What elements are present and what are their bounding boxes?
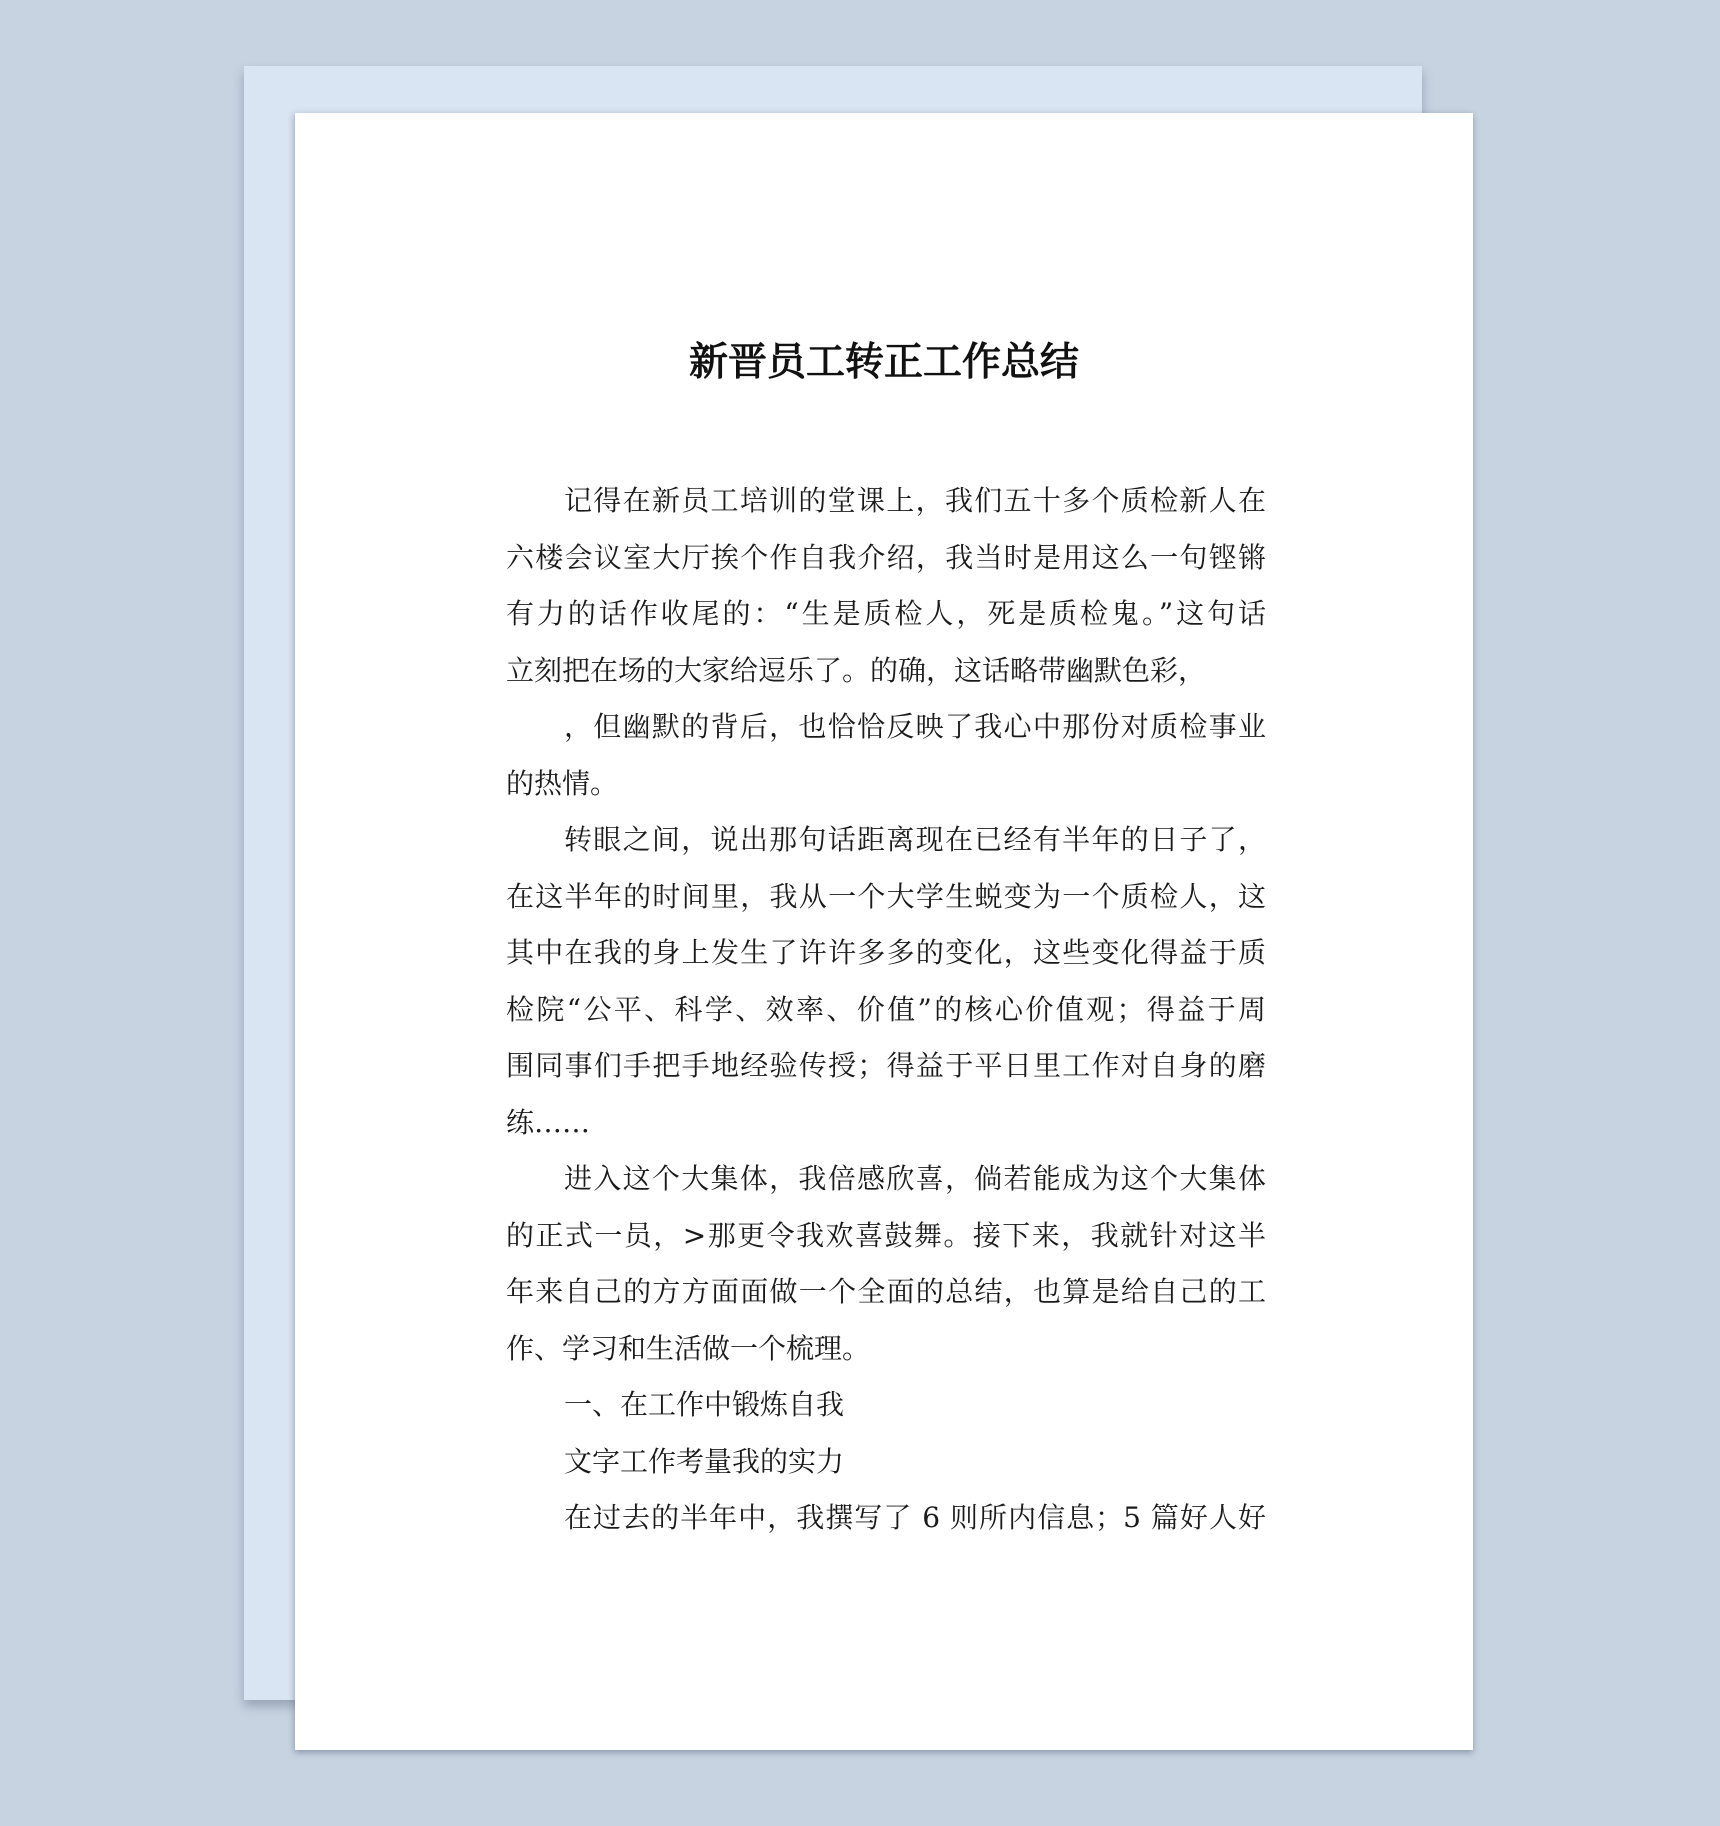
body-line: 有力的话作收尾的：“生是质检人，死是质检鬼。”这句话 <box>506 586 1266 643</box>
body-line: 作、学习和生活做一个梳理。 <box>506 1321 1266 1378</box>
body-line: ，但幽默的背后，也恰恰反映了我心中那份对质检事业 <box>506 699 1266 756</box>
body-line: 检院“公平、科学、效率、价值”的核心价值观；得益于周 <box>506 982 1266 1039</box>
document-title: 新晋员工转正工作总结 <box>295 338 1473 388</box>
body-line: 立刻把在场的大家给逗乐了。的确，这话略带幽默色彩， <box>506 643 1266 700</box>
document-body: 记得在新员工培训的堂课上，我们五十多个质检新人在 六楼会议室大厅挨个作自我介绍，… <box>506 473 1266 1547</box>
section-heading: 一、在工作中锻炼自我 <box>506 1377 1266 1434</box>
body-line: 记得在新员工培训的堂课上，我们五十多个质检新人在 <box>506 473 1266 530</box>
subsection-heading: 文字工作考量我的实力 <box>506 1434 1266 1491</box>
body-line: 在这半年的时间里，我从一个大学生蜕变为一个质检人，这 <box>506 869 1266 926</box>
body-line: 转眼之间，说出那句话距离现在已经有半年的日子了， <box>506 812 1266 869</box>
body-line: 练…… <box>506 1095 1266 1152</box>
body-line: 的热情。 <box>506 756 1266 813</box>
document-page: 新晋员工转正工作总结 记得在新员工培训的堂课上，我们五十多个质检新人在 六楼会议… <box>295 113 1473 1750</box>
body-line: 其中在我的身上发生了许许多多的变化，这些变化得益于质 <box>506 925 1266 982</box>
body-line: 围同事们手把手地经验传授；得益于平日里工作对自身的磨 <box>506 1038 1266 1095</box>
body-line: 六楼会议室大厅挨个作自我介绍，我当时是用这么一句铿锵 <box>506 530 1266 587</box>
body-line: 在过去的半年中，我撰写了 6 则所内信息；5 篇好人好 <box>506 1490 1266 1547</box>
body-line: 进入这个大集体，我倍感欣喜，倘若能成为这个大集体 <box>506 1151 1266 1208</box>
body-line: 的正式一员，>那更令我欢喜鼓舞。接下来，我就针对这半 <box>506 1208 1266 1265</box>
body-line: 年来自己的方方面面做一个全面的总结，也算是给自己的工 <box>506 1264 1266 1321</box>
